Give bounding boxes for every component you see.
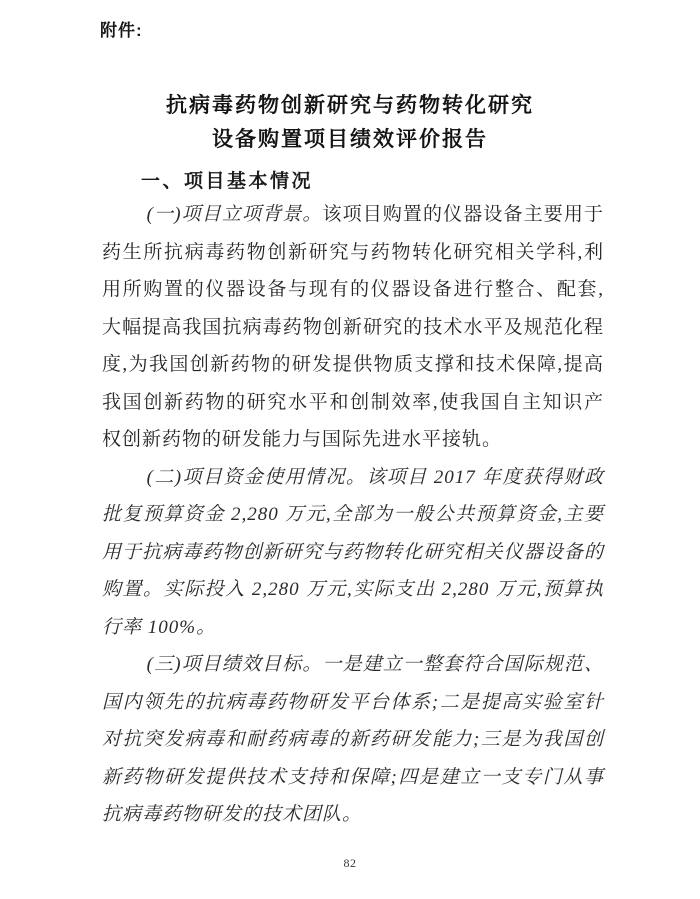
paragraph-lead: (一)项目立项背景。: [147, 204, 323, 225]
document-body: (一)项目立项背景。该项目购置的仪器设备主要用于药生所抗病毒药物创新研究与药物转…: [102, 196, 604, 834]
paragraph-lead: (二)项目资金使用情况。: [147, 467, 367, 488]
paragraph-funding-usage: (二)项目资金使用情况。该项目 2017 年度获得财政批复预算资金 2,280 …: [102, 459, 604, 647]
report-title-line-1: 抗病毒药物创新研究与药物转化研究: [0, 88, 700, 122]
document-page: 附件: 抗病毒药物创新研究与药物转化研究 设备购置项目绩效评价报告 一、项目基本…: [0, 0, 700, 899]
paragraph-body: 该项目购置的仪器设备主要用于药生所抗病毒药物创新研究与药物转化研究相关学科,利用…: [102, 204, 604, 450]
paragraph-body: 一是建立一整套符合国际规范、国内领先的抗病毒药物研发平台体系;二是提高实验室针对…: [102, 654, 604, 825]
report-title: 抗病毒药物创新研究与药物转化研究 设备购置项目绩效评价报告: [0, 88, 700, 156]
paragraph-project-background: (一)项目立项背景。该项目购置的仪器设备主要用于药生所抗病毒药物创新研究与药物转…: [102, 196, 604, 459]
report-title-line-2: 设备购置项目绩效评价报告: [0, 122, 700, 156]
paragraph-lead: (三)项目绩效目标。: [147, 654, 323, 675]
section-heading: 一、项目基本情况: [141, 166, 313, 193]
paragraph-body: 该项目 2017 年度获得财政批复预算资金 2,280 万元,全部为一般公共预算…: [102, 467, 604, 638]
attachment-label: 附件:: [100, 16, 143, 41]
page-number: 82: [0, 856, 700, 871]
paragraph-performance-goals: (三)项目绩效目标。一是建立一整套符合国际规范、国内领先的抗病毒药物研发平台体系…: [102, 646, 604, 834]
